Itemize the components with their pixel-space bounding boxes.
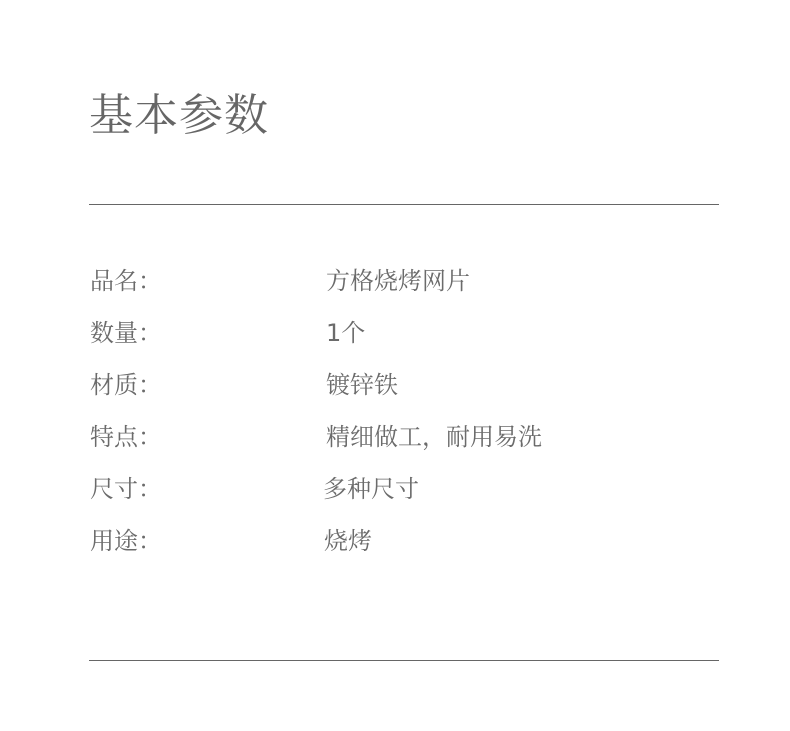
page-title: 基本参数 bbox=[89, 88, 269, 144]
spec-row-quantity: 数量： 1个 bbox=[89, 310, 719, 362]
spec-label: 品名： bbox=[90, 258, 162, 304]
spec-value: 方格烧烤网片 bbox=[326, 258, 470, 304]
spec-row-size: 尺寸： 多种尺寸 bbox=[89, 466, 719, 518]
spec-value: 1个 bbox=[326, 310, 365, 356]
spec-list: 品名： 方格烧烤网片 数量： 1个 材质： 镀锌铁 特点： 精细做工，耐用易洗 … bbox=[89, 258, 719, 570]
spec-value: 精细做工，耐用易洗 bbox=[326, 414, 542, 460]
spec-label: 数量： bbox=[90, 310, 162, 356]
spec-row-material: 材质： 镀锌铁 bbox=[89, 362, 719, 414]
top-divider bbox=[89, 204, 719, 205]
bottom-divider bbox=[89, 660, 719, 661]
spec-label: 尺寸： bbox=[90, 466, 162, 512]
spec-row-product-name: 品名： 方格烧烤网片 bbox=[89, 258, 719, 310]
spec-label: 用途： bbox=[90, 518, 162, 564]
spec-row-usage: 用途： 烧烤 bbox=[89, 518, 719, 570]
spec-label: 材质： bbox=[90, 362, 162, 408]
spec-label: 特点： bbox=[90, 414, 162, 460]
spec-value: 烧烤 bbox=[324, 518, 372, 564]
spec-value: 多种尺寸 bbox=[323, 466, 419, 512]
spec-value: 镀锌铁 bbox=[326, 362, 398, 408]
spec-row-features: 特点： 精细做工，耐用易洗 bbox=[89, 414, 719, 466]
